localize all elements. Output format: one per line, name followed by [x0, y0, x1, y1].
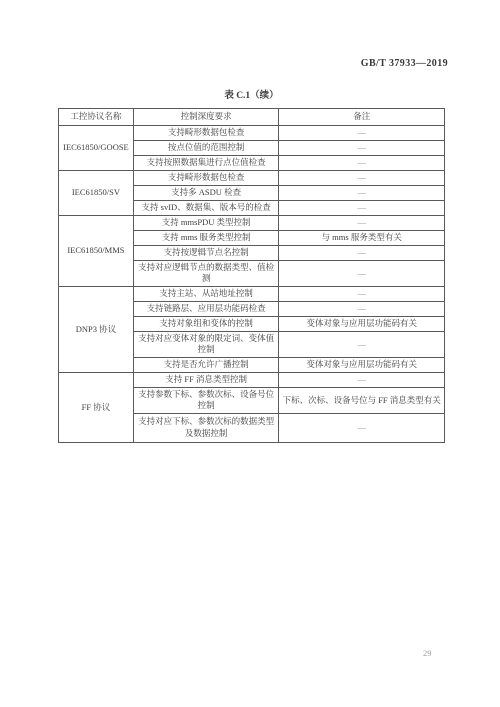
- table-title: 表 C.1（续）: [58, 87, 445, 101]
- protocol-cell: IEC61850/SV: [59, 171, 134, 216]
- remark-cell: 下标、次标、设备号位与 FF 消息类型有关: [279, 387, 445, 413]
- remark-cell: —: [279, 246, 445, 261]
- remark-cell: —: [279, 186, 445, 201]
- requirement-cell: 支持对应下标、参数次标的数据类型及数据控制: [133, 413, 279, 442]
- protocol-cell: FF 协议: [59, 372, 134, 442]
- standard-code: GB/T 37933—2019: [361, 58, 448, 69]
- remark-cell: —: [279, 171, 445, 186]
- protocol-cell: DNP3 协议: [59, 286, 134, 372]
- table-row: FF 协议支持 FF 消息类型控制—: [59, 372, 445, 387]
- remark-cell: 与 mms 服务类型有关: [279, 231, 445, 246]
- remark-cell: 变体对象与应用层功能码有关: [279, 316, 445, 331]
- protocol-table-body: IEC61850/GOOSE支持畸形数据包检查—按点位值的范围控制—支持按照数据…: [59, 126, 445, 443]
- document-page: GB/T 37933—2019 表 C.1（续） 工控协议名称 控制深度要求 备…: [0, 0, 500, 707]
- remark-cell: —: [279, 413, 445, 442]
- requirement-cell: 支持按照数据集进行点位值检查: [133, 156, 279, 171]
- requirement-cell: 按点位值的范围控制: [133, 141, 279, 156]
- remark-cell: —: [279, 126, 445, 141]
- table-row: IEC61850/GOOSE支持畸形数据包检查—: [59, 126, 445, 141]
- remark-cell: —: [279, 156, 445, 171]
- requirement-cell: 支持 mms 服务类型控制: [133, 231, 279, 246]
- requirement-cell: 支持主站、从站地址控制: [133, 286, 279, 301]
- column-header-protocol: 工控协议名称: [59, 109, 134, 126]
- requirement-cell: 支持畸形数据包检查: [133, 126, 279, 141]
- remark-cell: —: [279, 286, 445, 301]
- protocol-cell: IEC61850/GOOSE: [59, 126, 134, 171]
- requirement-cell: 支持参数下标、参数次标、设备号位控制: [133, 387, 279, 413]
- table-header-row: 工控协议名称 控制深度要求 备注: [59, 109, 445, 126]
- requirement-cell: 支持 FF 消息类型控制: [133, 372, 279, 387]
- table-row: DNP3 协议支持主站、从站地址控制—: [59, 286, 445, 301]
- protocol-cell: IEC61850/MMS: [59, 216, 134, 287]
- remark-cell: —: [279, 201, 445, 216]
- column-header-remark: 备注: [279, 109, 445, 126]
- requirement-cell: 支持按逻辑节点名控制: [133, 246, 279, 261]
- column-header-requirement: 控制深度要求: [133, 109, 279, 126]
- requirement-cell: 支持 mmsPDU 类型控制: [133, 216, 279, 231]
- table-container: 工控协议名称 控制深度要求 备注 IEC61850/GOOSE支持畸形数据包检查…: [58, 108, 445, 443]
- requirement-cell: 支持畸形数据包检查: [133, 171, 279, 186]
- remark-cell: —: [279, 301, 445, 316]
- page-number: 29: [423, 648, 432, 658]
- requirement-cell: 支持链路层、应用层功能码检查: [133, 301, 279, 316]
- table-row: IEC61850/MMS支持 mmsPDU 类型控制—: [59, 216, 445, 231]
- remark-cell: —: [279, 216, 445, 231]
- requirement-cell: 支持是否允许广播控制: [133, 357, 279, 372]
- requirement-cell: 支持对象组和变体的控制: [133, 316, 279, 331]
- remark-cell: —: [279, 331, 445, 357]
- requirement-cell: 支持对应变体对象的限定词、变体值控制: [133, 331, 279, 357]
- requirement-cell: 支持 svID、数据集、版本号的检查: [133, 201, 279, 216]
- remark-cell: —: [279, 261, 445, 287]
- remark-cell: 变体对象与应用层功能码有关: [279, 357, 445, 372]
- requirement-cell: 支持多 ASDU 检查: [133, 186, 279, 201]
- requirement-cell: 支持对应逻辑节点的数据类型、值检测: [133, 261, 279, 287]
- protocol-table: 工控协议名称 控制深度要求 备注 IEC61850/GOOSE支持畸形数据包检查…: [58, 108, 445, 443]
- table-row: IEC61850/SV支持畸形数据包检查—: [59, 171, 445, 186]
- remark-cell: —: [279, 372, 445, 387]
- remark-cell: —: [279, 141, 445, 156]
